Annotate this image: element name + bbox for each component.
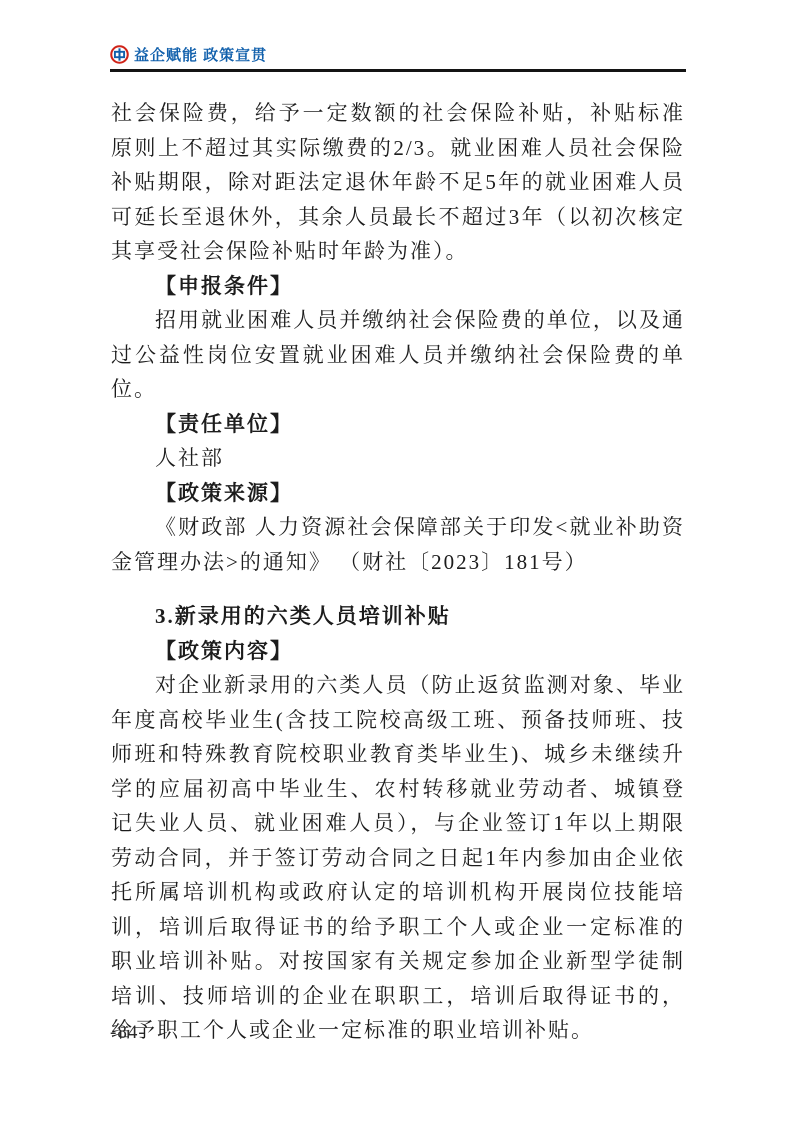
paragraph-application-conditions: 招用就业困难人员并缴纳社会保险费的单位，以及通过公益性岗位安置就业困难人员并缴纳… [111, 303, 685, 407]
paragraph-policy-source: 《财政部 人力资源社会保障部关于印发<就业补助资金管理办法>的通知》 （财社〔2… [111, 510, 685, 579]
page-header: 益企赋能 政策宣贯 [110, 44, 686, 72]
bracket-heading-application-conditions: 【申报条件】 [111, 269, 685, 304]
bracket-heading-responsible-unit: 【责任单位】 [111, 407, 685, 442]
paragraph-responsible-unit: 人社部 [111, 441, 685, 476]
header-rule [110, 69, 686, 72]
page-number: -84- [110, 1022, 146, 1044]
paragraph-social-insurance-subsidy: 社会保险费，给予一定数额的社会保险补贴，补贴标准原则上不超过其实际缴费的2/3。… [111, 96, 685, 269]
brand-row: 益企赋能 政策宣贯 [110, 44, 686, 69]
paragraph-policy-content: 对企业新录用的六类人员（防止返贫监测对象、毕业年度高校毕业生(含技工院校高级工班… [111, 668, 685, 1048]
brand-title: 益企赋能 政策宣贯 [134, 44, 267, 65]
zhong-in-circle-logo-icon [110, 45, 129, 64]
bracket-heading-policy-content: 【政策内容】 [111, 634, 685, 669]
document-body: 社会保险费，给予一定数额的社会保险补贴，补贴标准原则上不超过其实际缴费的2/3。… [111, 96, 685, 1048]
section-heading-training-subsidy: 3.新录用的六类人员培训补贴 [111, 599, 685, 634]
bracket-heading-policy-source: 【政策来源】 [111, 476, 685, 511]
document-page: 益企赋能 政策宣贯 社会保险费，给予一定数额的社会保险补贴，补贴标准原则上不超过… [0, 0, 794, 1122]
